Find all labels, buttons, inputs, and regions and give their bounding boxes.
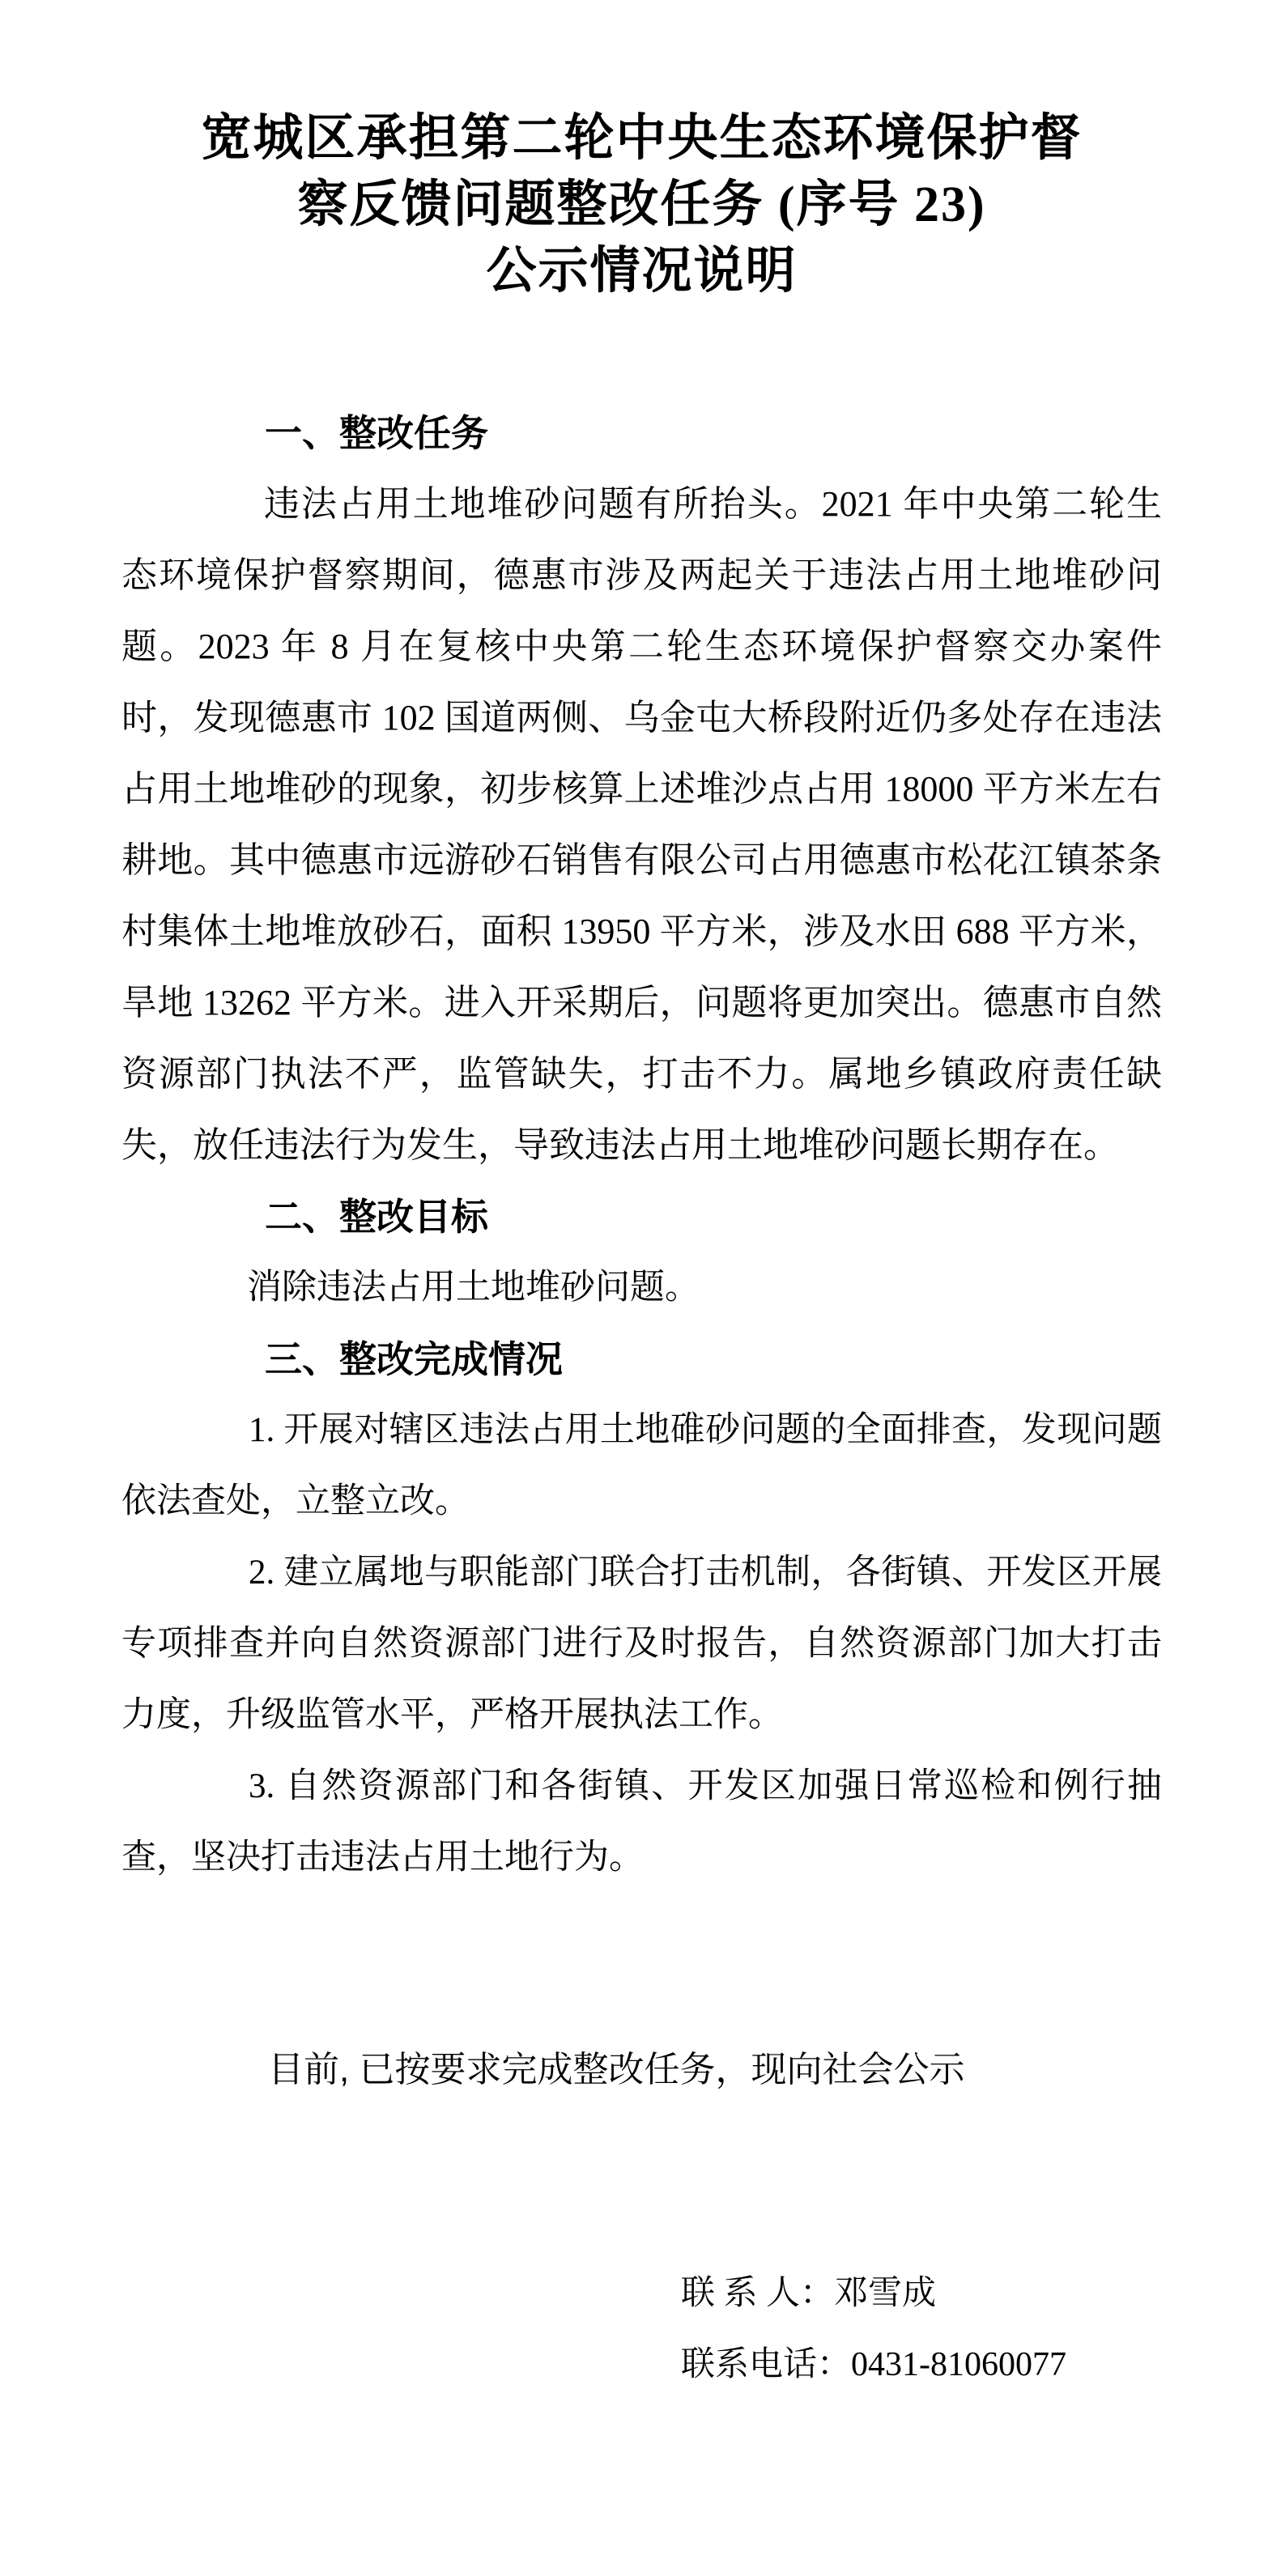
closing-statement: 目前, 已按要求完成整改任务，现向社会公示 xyxy=(121,2034,1162,2106)
section-3-item-2: 2. 建立属地与职能部门联合打击机制，各街镇、开发区开展专项排查并向自然资源部门… xyxy=(121,1537,1162,1751)
contact-person-line: 联 系 人：邓雪成 xyxy=(681,2258,1162,2329)
contact-phone-label: 联系电话： xyxy=(681,2346,851,2383)
section-1-body: 违法占用土地堆砂问题有所抬头。2021 年中央第二轮生态环境保护督察期间，德惠市… xyxy=(121,469,1162,1181)
document-page: 宽城区承担第二轮中央生态环境保护督 察反馈问题整改任务 (序号 23) 公示情况… xyxy=(0,0,1285,2576)
contact-block: 联 系 人：邓雪成 联系电话：0431-81060077 xyxy=(121,2258,1162,2400)
document-title: 宽城区承担第二轮中央生态环境保护督 察反馈问题整改任务 (序号 23) 公示情况… xyxy=(121,105,1162,304)
title-line-3: 公示情况说明 xyxy=(121,238,1162,304)
section-2-body: 消除违法占用土地堆砂问题。 xyxy=(121,1252,1162,1324)
section-2-heading: 二、整改目标 xyxy=(121,1181,1162,1252)
section-3-item-3: 3. 自然资源部门和各街镇、开发区加强日常巡检和例行抽查，坚决打击违法占用土地行… xyxy=(121,1751,1162,1894)
section-1-heading: 一、整改任务 xyxy=(121,397,1162,469)
contact-phone-number: 0431-81060077 xyxy=(851,2346,1066,2383)
contact-person-label: 联 系 人： xyxy=(681,2275,834,2312)
contact-phone-line: 联系电话：0431-81060077 xyxy=(681,2329,1162,2400)
section-3-heading: 三、整改完成情况 xyxy=(121,1324,1162,1395)
title-line-2: 察反馈问题整改任务 (序号 23) xyxy=(121,172,1162,238)
title-line-1: 宽城区承担第二轮中央生态环境保护督 xyxy=(121,105,1162,172)
contact-person-name: 邓雪成 xyxy=(834,2275,936,2312)
section-3-item-1: 1. 开展对辖区违法占用土地碓砂问题的全面排查，发现问题依法查处，立整立改。 xyxy=(121,1395,1162,1537)
